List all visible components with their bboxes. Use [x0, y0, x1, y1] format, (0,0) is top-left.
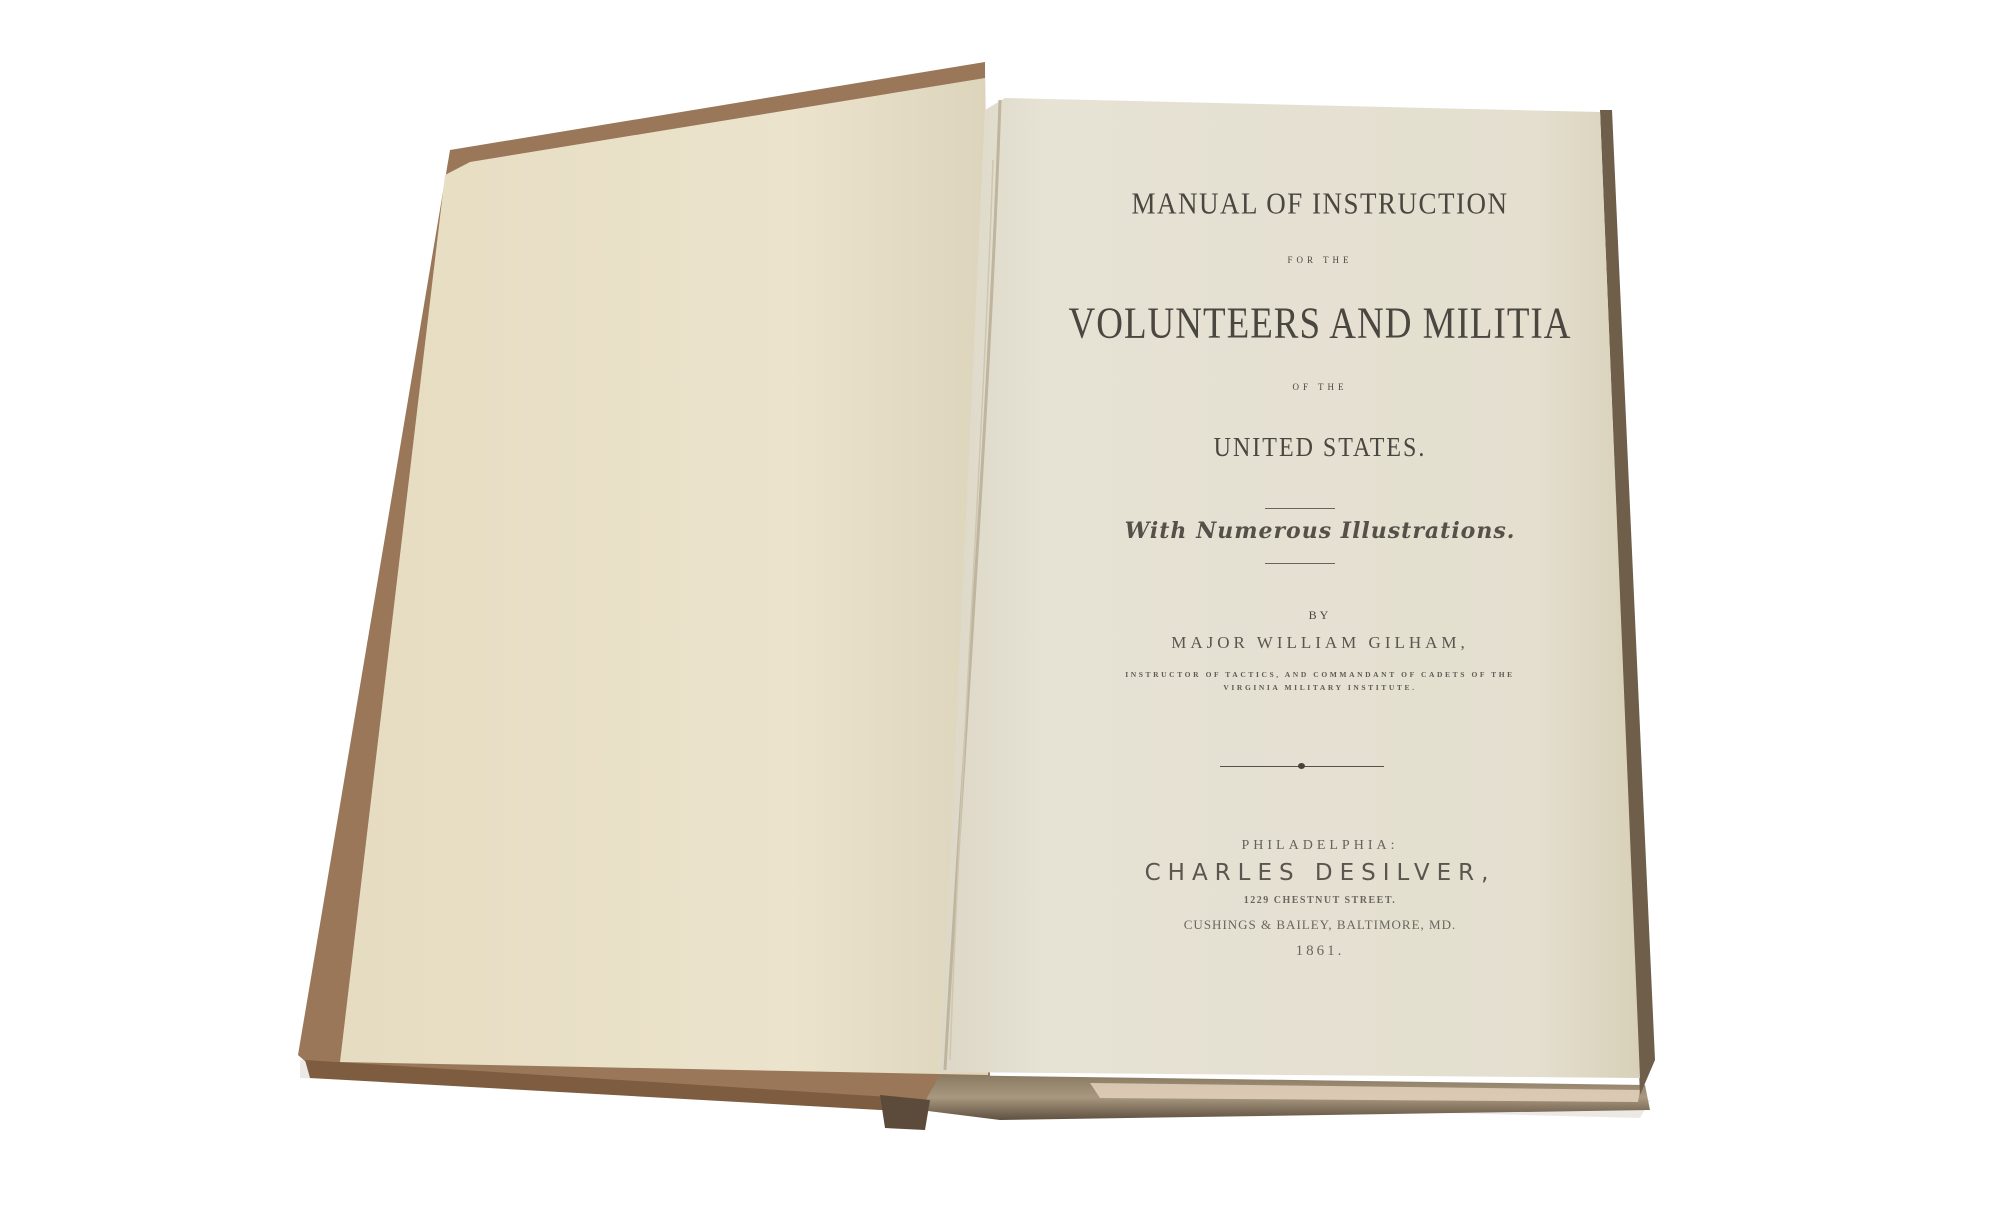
title-line-of-the: OF THE: [1040, 382, 1600, 392]
ornamental-rule: [1220, 762, 1384, 770]
author-name: MAJOR WILLIAM GILHAM,: [1040, 633, 1600, 653]
title-line-united-states: UNITED STATES.: [1040, 433, 1600, 464]
divider-top: [1265, 508, 1335, 509]
author-credentials-2: VIRGINIA MILITARY INSTITUTE.: [1040, 683, 1600, 692]
by-label: BY: [1040, 608, 1600, 623]
open-book: [0, 0, 1999, 1209]
publisher-city: PHILADELPHIA:: [1040, 838, 1600, 854]
publisher-address: 1229 CHESTNUT STREET.: [1040, 895, 1600, 906]
author-credentials-1: INSTRUCTOR OF TACTICS, AND COMMANDANT OF…: [1010, 670, 1630, 679]
publisher-name: CHARLES DESILVER,: [1040, 860, 1600, 886]
publication-year: 1861.: [1040, 943, 1600, 960]
photo-scene: MANUAL OF INSTRUCTION FOR THE VOLUNTEERS…: [0, 0, 1999, 1209]
ornament-dot-icon: [1298, 763, 1305, 769]
illustrations-note: With Numerous Illustrations.: [1040, 518, 1600, 544]
title-line-for-the: FOR THE: [1040, 255, 1600, 265]
title-line-manual: MANUAL OF INSTRUCTION: [1040, 186, 1600, 222]
spine-headband: [880, 1095, 930, 1130]
co-publisher: CUSHINGS & BAILEY, BALTIMORE, MD.: [1040, 917, 1600, 933]
divider-bottom: [1265, 563, 1335, 564]
title-line-volunteers: VOLUNTEERS AND MILITIA: [1010, 298, 1630, 350]
